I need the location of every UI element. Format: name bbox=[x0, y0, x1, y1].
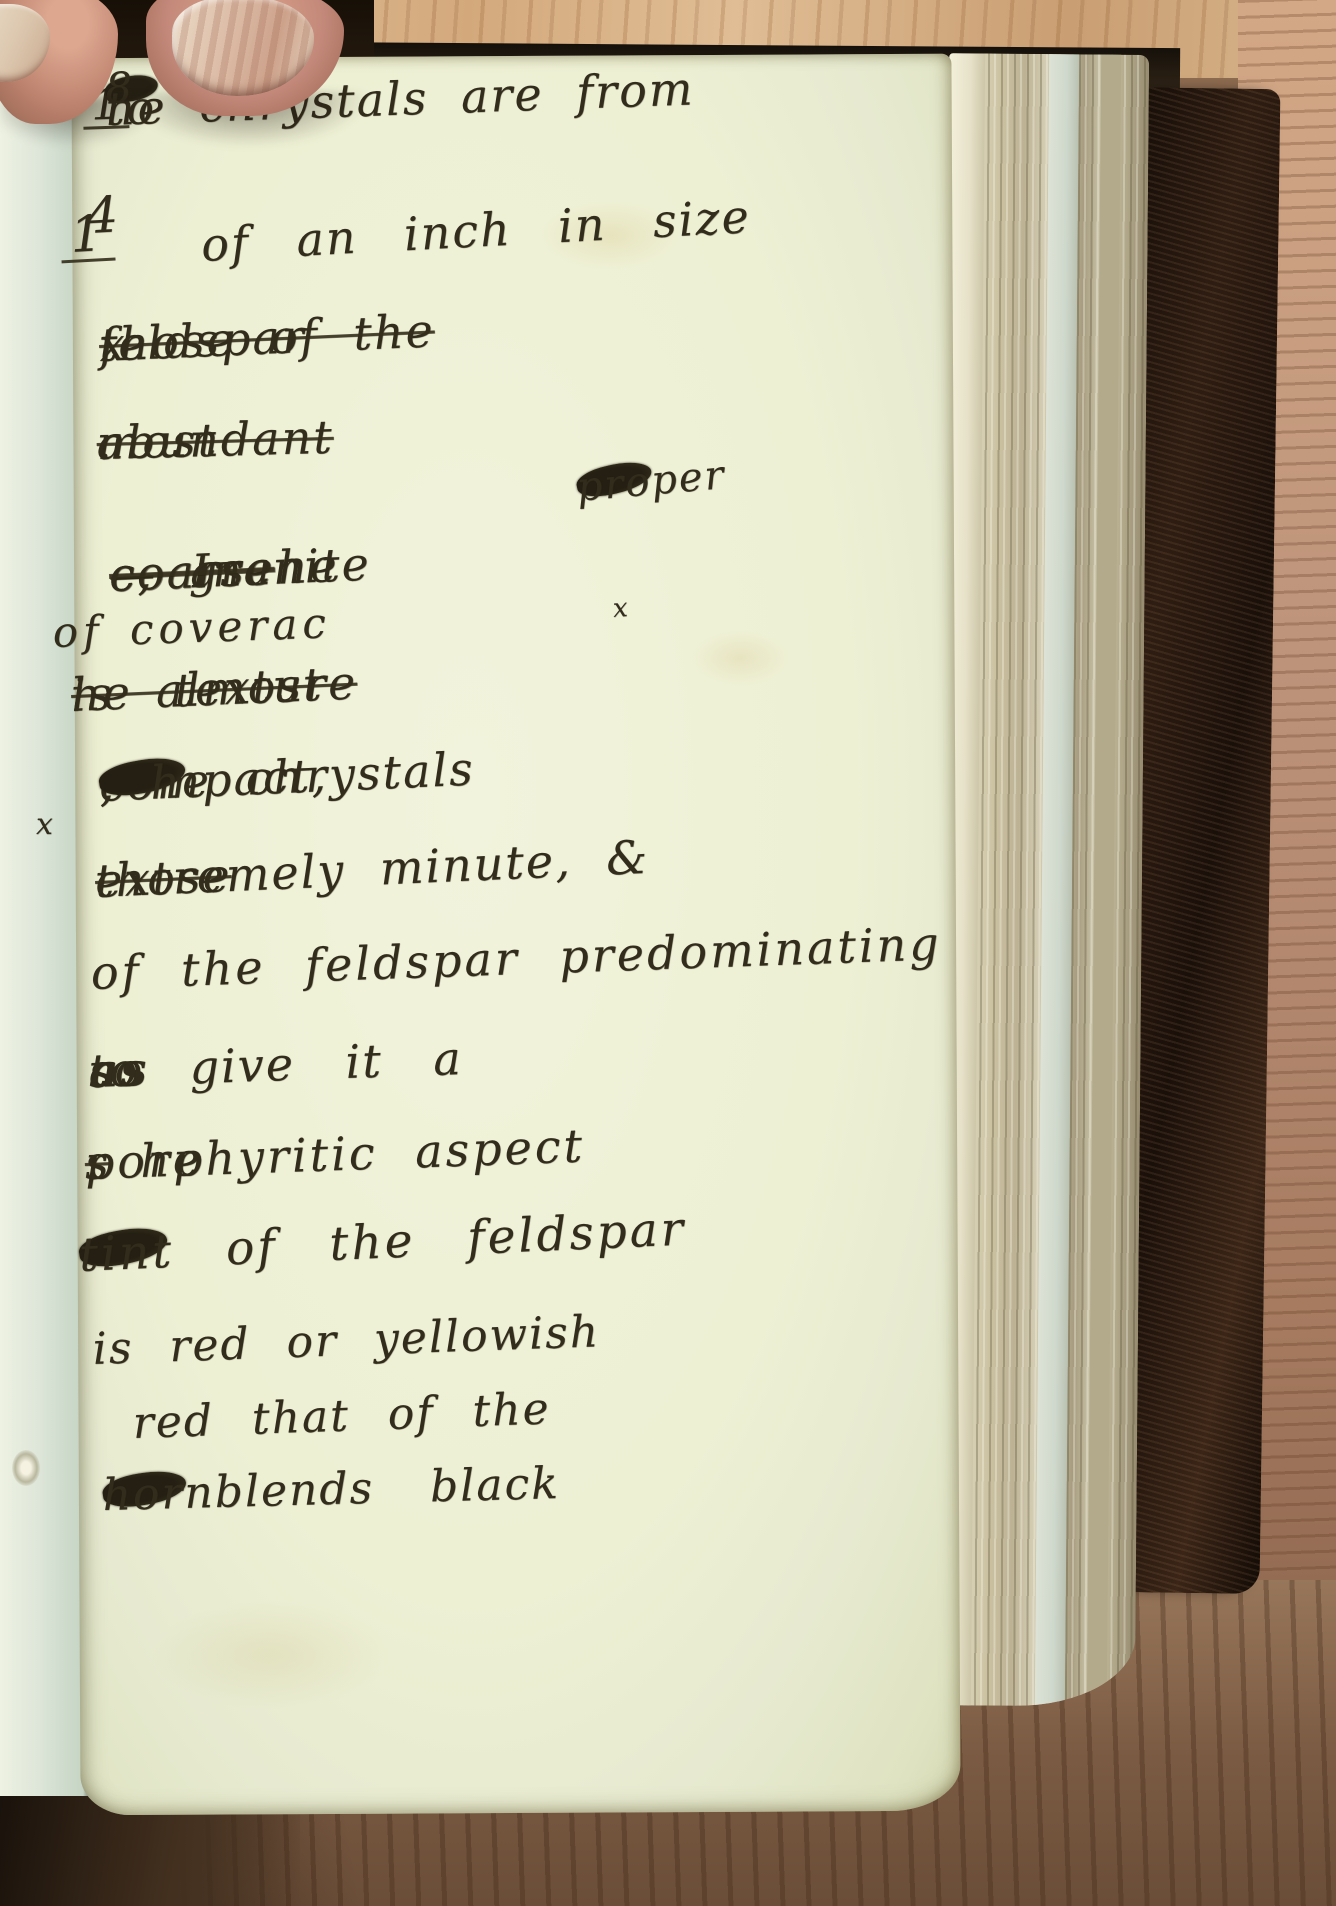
binding-stitch bbox=[12, 1450, 40, 1486]
page-edge-leaf bbox=[1087, 54, 1121, 1706]
notebook-photo: he chrystals are from 18 to 14 of an inc… bbox=[0, 0, 1336, 1906]
left-fingernail bbox=[0, 4, 50, 82]
right-fingernail bbox=[172, 0, 314, 96]
page-stack-edges bbox=[935, 53, 1149, 1707]
page-stain bbox=[150, 1600, 390, 1710]
page-stain bbox=[690, 630, 790, 686]
page-edge-leaf bbox=[1035, 54, 1079, 1706]
